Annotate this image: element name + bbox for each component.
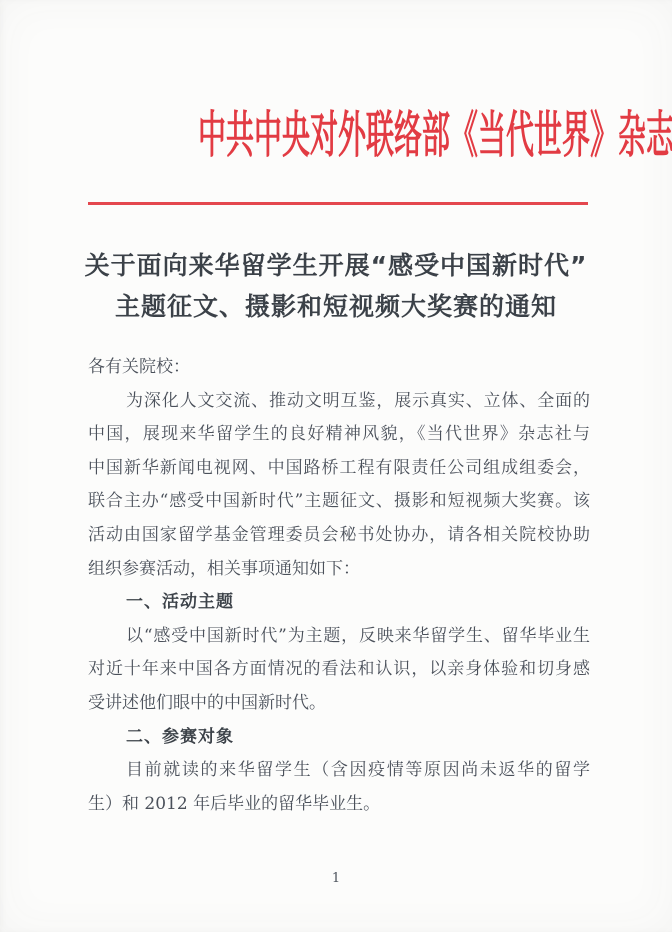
- document-title-line-1: 关于面向来华留学生开展“感受中国新时代”: [0, 245, 672, 286]
- page-number: 1: [0, 871, 672, 886]
- body-line: 各有关院校：: [88, 351, 590, 385]
- body-line: 活动由国家留学基金管理委员会秘书处协办，请各相关院校协助: [88, 519, 590, 553]
- letterhead-title: 中共中央对外联络部《当代世界》杂志社: [198, 104, 672, 166]
- document-page: 中共中央对外联络部《当代世界》杂志社 关于面向来华留学生开展“感受中国新时代” …: [0, 0, 672, 932]
- body-line: 中国新华新闻电视网、中国路桥工程有限责任公司组成组委会，: [88, 452, 590, 486]
- body-line: 组织参赛活动，相关事项通知如下：: [88, 553, 590, 587]
- letterhead: 中共中央对外联络部《当代世界》杂志社: [0, 104, 672, 166]
- body-line: 生）和 2012 年后毕业的留华毕业生。: [88, 788, 590, 822]
- body-line: 中国，展现来华留学生的良好精神风貌，《当代世界》杂志社与: [88, 418, 590, 452]
- section-heading: 二、参赛对象: [88, 721, 590, 755]
- body-line: 联合主办“感受中国新时代”主题征文、摄影和短视频大奖赛。该: [88, 485, 590, 519]
- body-line: 对近十年来中国各方面情况的看法和认识，以亲身体验和切身感: [88, 653, 590, 687]
- document-title-line-2: 主题征文、摄影和短视频大奖赛的通知: [0, 286, 672, 327]
- document-title: 关于面向来华留学生开展“感受中国新时代” 主题征文、摄影和短视频大奖赛的通知: [0, 245, 672, 327]
- body-line: 目前就读的来华留学生（含因疫情等原因尚未返华的留学: [88, 754, 590, 788]
- section-heading: 一、活动主题: [88, 586, 590, 620]
- document-body: 各有关院校：为深化人文交流、推动文明互鉴，展示真实、立体、全面的中国，展现来华留…: [88, 351, 590, 821]
- body-line: 受讲述他们眼中的中国新时代。: [88, 687, 590, 721]
- letterhead-rule: [88, 202, 588, 205]
- body-line: 以“感受中国新时代”为主题，反映来华留学生、留华毕业生: [88, 620, 590, 654]
- body-line: 为深化人文交流、推动文明互鉴，展示真实、立体、全面的: [88, 385, 590, 419]
